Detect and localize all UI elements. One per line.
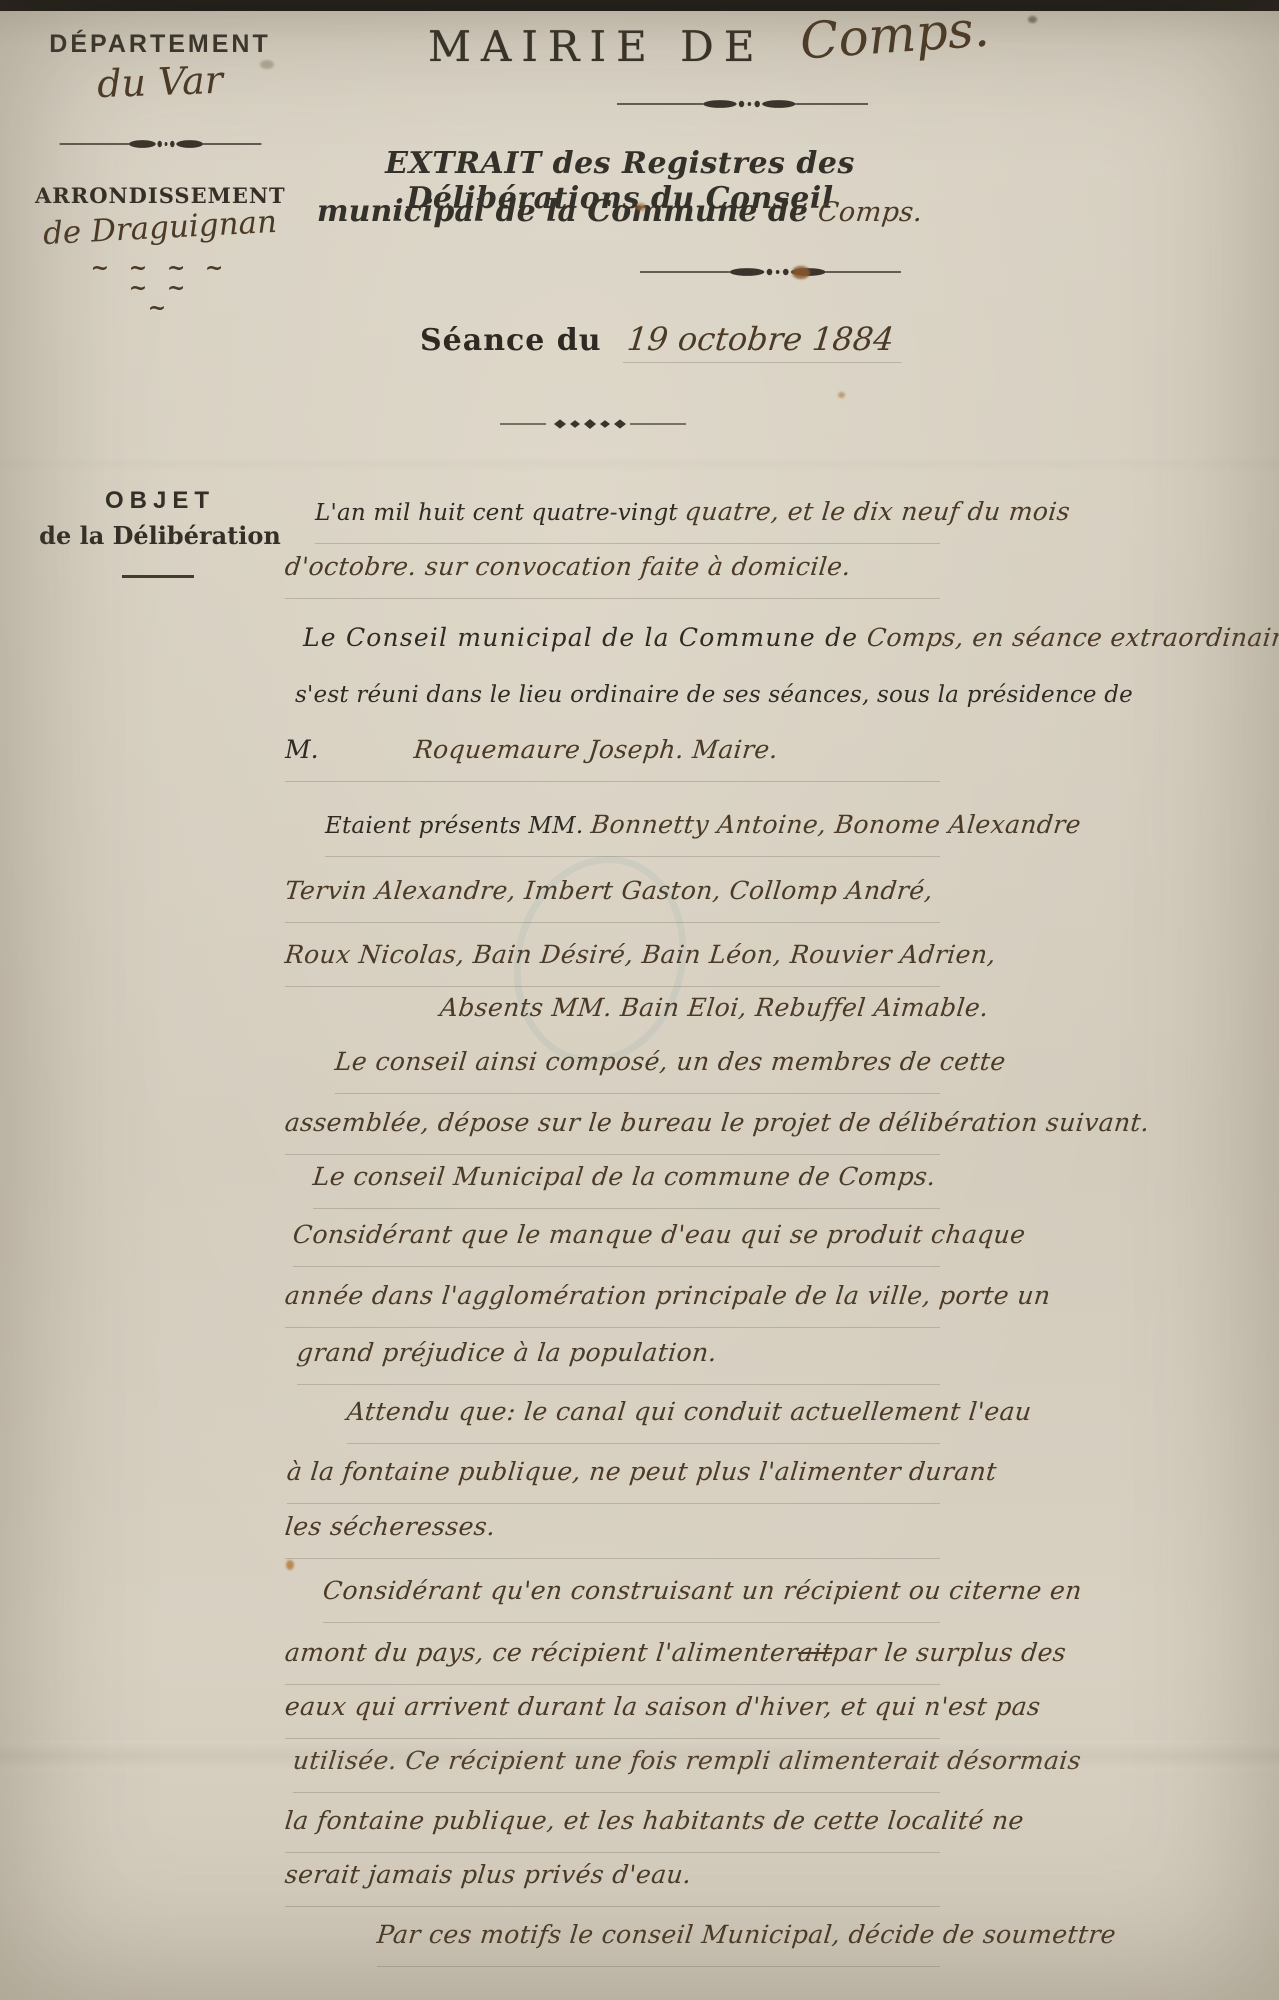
objet-rule <box>122 575 194 578</box>
manuscript-line: Etaient présents MM. Bonnetty Antoine, B… <box>325 810 940 857</box>
ink-stain <box>286 1560 294 1570</box>
manuscript-line: d'octobre. sur convocation faite à domic… <box>285 552 940 599</box>
ornament-divider <box>638 264 903 280</box>
ornament-divider <box>58 136 263 152</box>
manuscript-line: Attendu que: le canal qui conduit actuel… <box>347 1397 940 1444</box>
ornament-divider <box>615 96 870 112</box>
ornament-divider-floral <box>498 416 688 432</box>
text-segment: assemblée, dépose sur le bureau le proje… <box>283 1108 1151 1138</box>
text-segment: M. <box>285 735 319 764</box>
extract-title-line2-printed: municipal de la Commune de <box>317 194 808 229</box>
text-segment: Le conseil Municipal de la commune de Co… <box>311 1162 937 1192</box>
manuscript-line: Le conseil Municipal de la commune de Co… <box>313 1162 940 1209</box>
text-segment: Roux Nicolas, Bain Désiré, Bain Léon, Ro… <box>283 940 997 970</box>
arrondissement-value-handwritten: de Draguignan <box>27 203 293 253</box>
manuscript-line: Absents MM. Bain Eloi, Rebuffel Aimable. <box>440 993 940 1026</box>
seance-line: Séance du 19 octobre 1884 <box>420 320 903 363</box>
text-segment: Etaient présents MM. <box>325 813 591 839</box>
text-segment: Le Conseil municipal de la Commune de <box>303 623 867 652</box>
text-segment: s'est réuni dans le lieu ordinaire de se… <box>295 682 1133 708</box>
text-segment: d'octobre. sur convocation faite à domic… <box>283 552 852 582</box>
ink-stain <box>838 392 845 398</box>
flourish-marks: ~ ~ ~ ~ ~ ~ ~ <box>85 258 235 318</box>
text-segment: Considérant que le manque d'eau qui se p… <box>291 1220 1027 1250</box>
manuscript-line: amont du pays, ce récipient l'alimentera… <box>285 1638 940 1685</box>
manuscript-line: L'an mil huit cent quatre-vingt quatre, … <box>315 497 940 544</box>
manuscript-line: eaux qui arrivent durant la saison d'hiv… <box>285 1692 940 1739</box>
scanned-document-page: DÉPARTEMENT du Var ARRONDISSEMENT de Dra… <box>0 0 1279 2000</box>
text-segment: par le surplus des <box>830 1638 1067 1668</box>
objet-label: OBJET <box>45 487 275 515</box>
manuscript-line: Le Conseil municipal de la Commune de Co… <box>303 623 940 656</box>
objet-sublabel: de la Délibération <box>30 521 290 550</box>
manuscript-line: la fontaine publique, et les habitants d… <box>285 1806 940 1853</box>
ink-stain <box>1028 16 1037 23</box>
paper-crease <box>0 455 1279 473</box>
extract-commune-handwritten: Comps. <box>817 197 925 228</box>
flourish-row: ~ <box>85 298 235 318</box>
text-segment: Par ces motifs le conseil Municipal, déc… <box>375 1920 1117 1950</box>
manuscript-line: à la fontaine publique, ne peut plus l'a… <box>287 1457 940 1504</box>
manuscript-line: grand préjudice à la population. <box>297 1338 940 1385</box>
manuscript-line: Considérant que le manque d'eau qui se p… <box>293 1220 940 1267</box>
manuscript-line: Considérant qu'en construisant un récipi… <box>323 1576 940 1623</box>
manuscript-line: Tervin Alexandre, Imbert Gaston, Collomp… <box>285 876 940 923</box>
text-segment: serait jamais plus privés d'eau. <box>283 1860 693 1890</box>
manuscript-line: assemblée, dépose sur le bureau le proje… <box>285 1108 940 1155</box>
text-segment: grand préjudice à la population. <box>295 1338 718 1368</box>
text-segment: année dans l'agglomération principale de… <box>283 1281 1052 1311</box>
text-segment: Considérant qu'en construisant un récipi… <box>321 1576 1083 1606</box>
text-segment: ait <box>796 1638 833 1668</box>
mairie-commune-handwritten: Comps. <box>798 0 991 71</box>
text-segment: L'an mil huit cent quatre-vingt <box>315 500 685 526</box>
seance-label: Séance du <box>420 323 602 358</box>
text-segment: Comps, en séance extraordinaire <box>866 623 1279 653</box>
text-segment: les sécheresses. <box>283 1512 497 1542</box>
text-segment: quatre, et le dix neuf du mois <box>684 497 1072 527</box>
manuscript-line: M.Roquemaure Joseph. Maire. <box>285 735 940 782</box>
department-value-handwritten: du Var <box>44 56 275 108</box>
text-segment: utilisée. Ce récipient une fois rempli a… <box>291 1746 1082 1776</box>
text-segment: Absents MM. Bain Eloi, Rebuffel Aimable. <box>438 993 990 1023</box>
mairie-de-label: MAIRIE DE <box>428 22 764 71</box>
extract-title-line2: municipal de la Commune de Comps. <box>275 194 965 229</box>
manuscript-line: Le conseil ainsi composé, un des membres… <box>335 1047 940 1094</box>
manuscript-line: utilisée. Ce récipient une fois rempli a… <box>293 1746 940 1793</box>
manuscript-line: s'est réuni dans le lieu ordinaire de se… <box>295 680 940 712</box>
text-segment: Bonnetty Antoine, Bonome Alexandre <box>589 810 1082 840</box>
text-segment: Roquemaure Joseph. Maire. <box>412 735 779 765</box>
scan-edge-strip <box>0 0 1279 11</box>
text-segment: Le conseil ainsi composé, un des membres… <box>333 1047 1007 1077</box>
manuscript-line: Par ces motifs le conseil Municipal, déc… <box>377 1920 940 1967</box>
manuscript-line: Roux Nicolas, Bain Désiré, Bain Léon, Ro… <box>285 940 940 987</box>
text-segment: Attendu que: le canal qui conduit actuel… <box>345 1397 1033 1427</box>
text-segment: eaux qui arrivent durant la saison d'hiv… <box>283 1692 1042 1722</box>
department-label: DÉPARTEMENT <box>45 30 275 59</box>
manuscript-line: année dans l'agglomération principale de… <box>285 1281 940 1328</box>
manuscript-line: les sécheresses. <box>285 1512 940 1559</box>
text-segment: la fontaine publique, et les habitants d… <box>283 1806 1025 1836</box>
arrondissement-label: ARRONDISSEMENT <box>35 183 285 208</box>
text-segment: amont du pays, ce récipient l'alimenter <box>283 1638 799 1668</box>
text-segment: Tervin Alexandre, Imbert Gaston, Collomp… <box>283 876 934 906</box>
text-segment: à la fontaine publique, ne peut plus l'a… <box>285 1457 998 1487</box>
manuscript-line: serait jamais plus privés d'eau. <box>285 1860 940 1907</box>
seance-date-handwritten: 19 octobre 1884 <box>622 320 905 363</box>
